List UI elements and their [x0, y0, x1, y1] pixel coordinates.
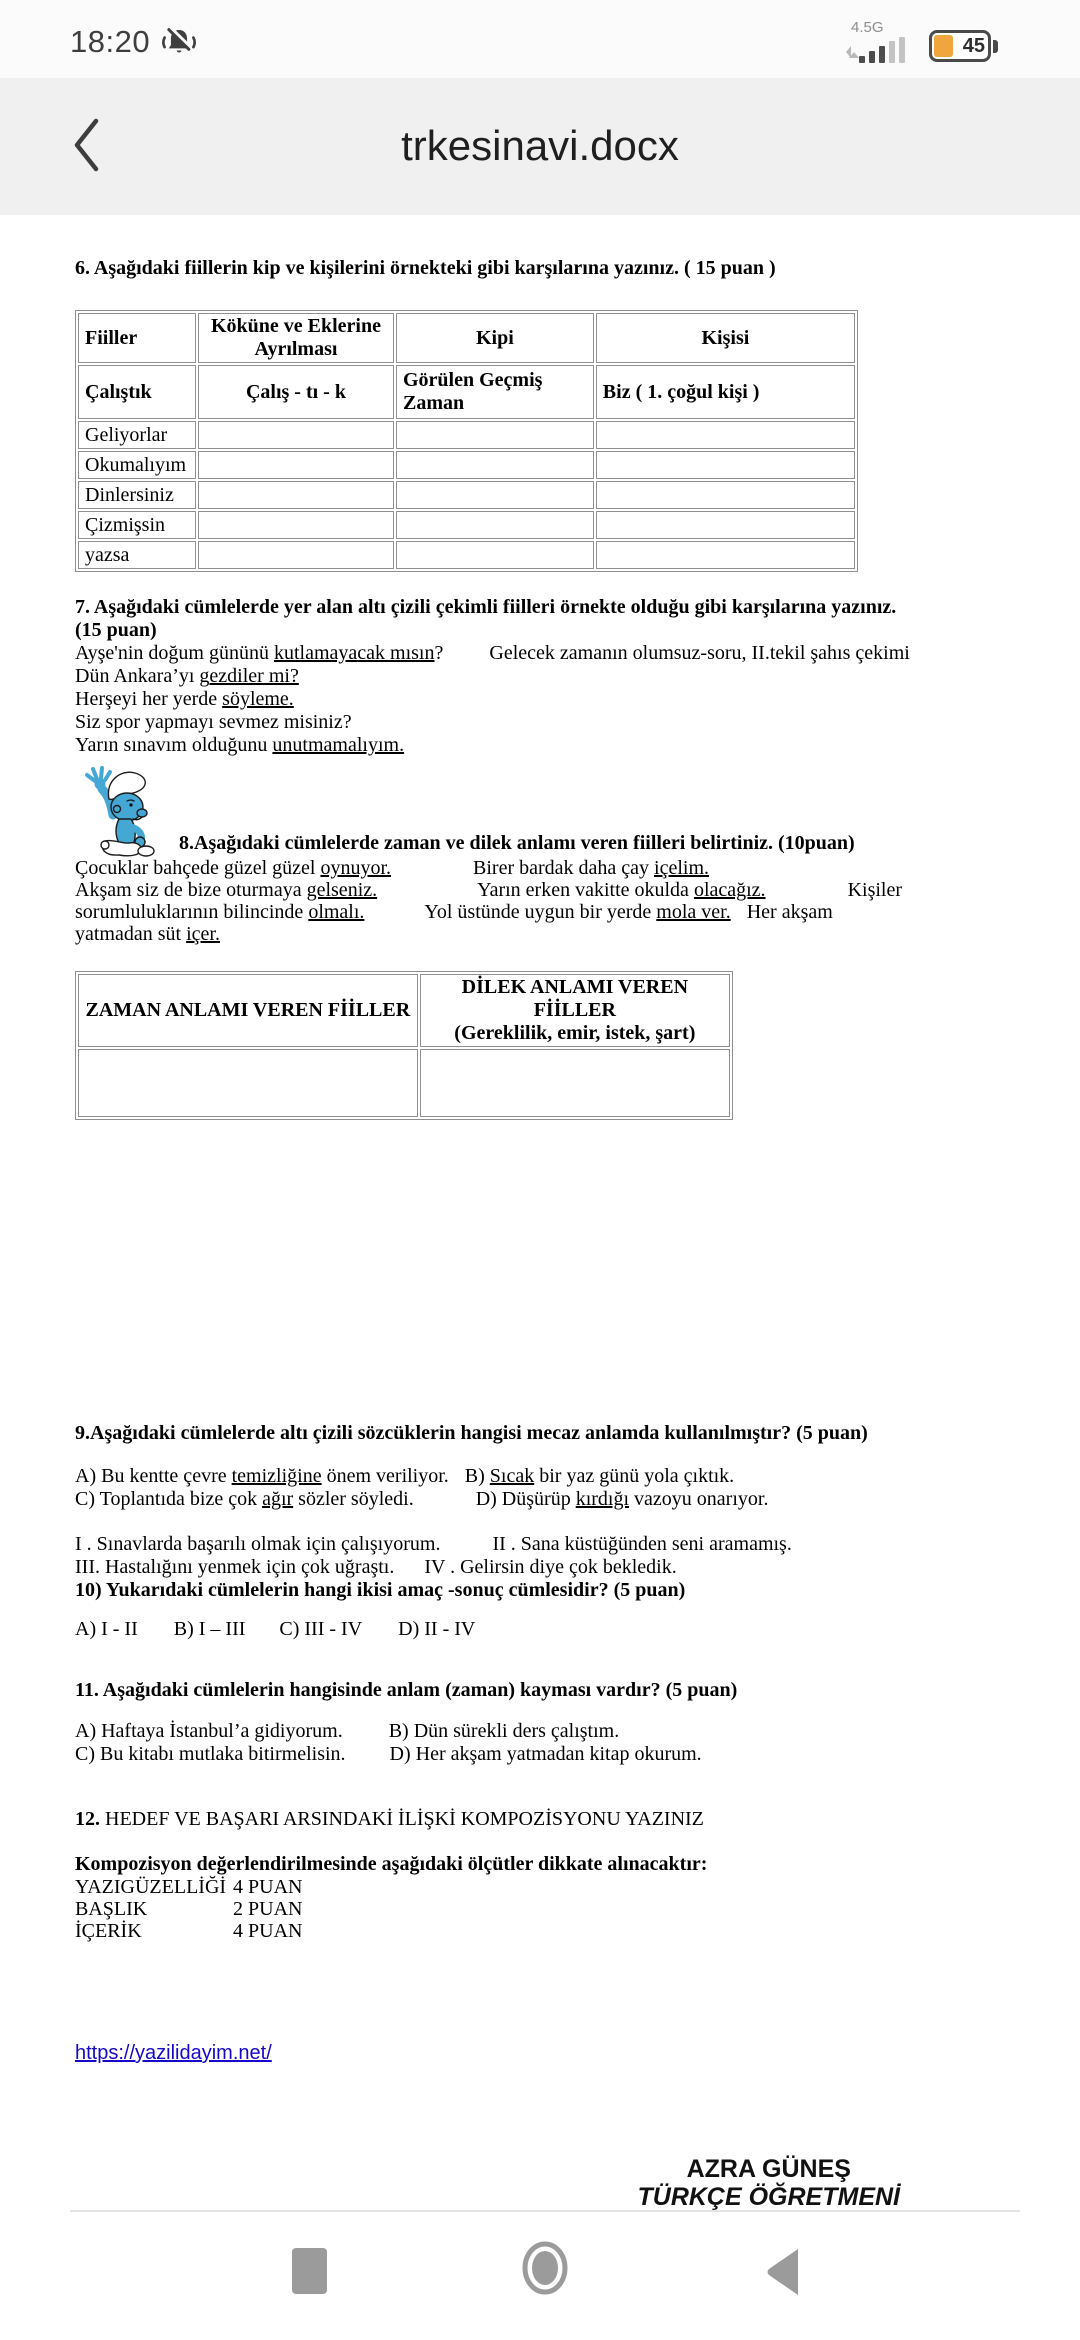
q12-number: 12. [75, 1808, 105, 1830]
smurf-clipart [75, 765, 167, 857]
footer-link-row: https://yazilidayim.net/ [75, 2042, 1005, 2065]
q7-heading: 7. Aşağıdaki cümlelerde yer alan altı çi… [75, 596, 1005, 619]
q8-table-header-row: ZAMAN ANLAMI VEREN FİİLLER DİLEK ANLAMI … [78, 974, 730, 1047]
q6-empty-cell [396, 421, 594, 449]
q8-answer-table: ZAMAN ANLAMI VEREN FİİLLER DİLEK ANLAMI … [75, 971, 733, 1120]
q8-sentence: Çocuklar bahçede güzel güzel oynuyor.Bir… [75, 857, 1005, 879]
q9-heading: 9.Aşağıdaki cümlelerde altı çizili sözcü… [75, 1422, 1005, 1445]
q7-sentence: Dün Ankara’yı gezdiler mi? [75, 665, 1005, 688]
criteria-label: İÇERİK [75, 1920, 233, 1942]
criteria-points: 2 PUAN [233, 1898, 302, 1920]
signal-strength-icon [843, 36, 915, 64]
q12-heading: 12. HEDEF VE BAŞARI ARSINDAKİ İLİŞKİ KOM… [75, 1808, 1005, 1831]
q6-empty-cell [596, 481, 855, 509]
q8-table-body-row [78, 1049, 730, 1117]
q6-example-kip: Görülen Geçmiş Zaman [396, 365, 594, 419]
notifications-muted-bell-icon [160, 22, 198, 62]
back-triangle-icon[interactable] [766, 2248, 798, 2296]
q6-table-header-row: Fiiller Köküne ve Eklerine Ayrılması Kip… [78, 313, 855, 363]
q8-empty-cell [78, 1049, 418, 1117]
q11-options-row: A) Haftaya İstanbul’a gidiyorum.B) Dün s… [75, 1720, 1005, 1743]
q10-intro-row: III. Hastalığını yenmek için çok uğraştı… [75, 1556, 1005, 1579]
q7-sentence: Herşeyi her yerde söyleme. [75, 688, 1005, 711]
android-nav-bar [0, 2210, 1080, 2340]
q6-empty-cell [396, 541, 594, 569]
blank-space [75, 1120, 1005, 1422]
q6-verb: Geliyorlar [78, 421, 196, 449]
q6-empty-cell [596, 421, 855, 449]
criteria-points: 4 PUAN [233, 1920, 302, 1942]
status-time: 18:20 [70, 24, 150, 60]
q12-title: HEDEF VE BAŞARI ARSINDAKİ İLİŞKİ KOMPOZİ… [105, 1808, 704, 1830]
q6-empty-cell [198, 451, 394, 479]
status-left-cluster: 18:20 [70, 22, 198, 62]
teacher-name: AZRA GÜNEŞ [638, 2155, 901, 2183]
q6-example-row: Çalıştık Çalış - tı - k Görülen Geçmiş Z… [78, 365, 855, 419]
q8-col-dilek: DİLEK ANLAMI VEREN FİİLLER (Gereklilik, … [420, 974, 730, 1047]
battery-cap [993, 40, 998, 53]
q6-verb: yazsa [78, 541, 196, 569]
home-circle-icon[interactable] [521, 2240, 569, 2296]
q6-col-kisisi: Kişisi [596, 313, 855, 363]
q6-col-fiiller: Fiiller [78, 313, 196, 363]
teacher-title: TÜRKÇE ÖĞRETMENİ [638, 2183, 901, 2210]
q6-example-kisi: Biz ( 1. çoğul kişi ) [596, 365, 855, 419]
q8-sentence: yatmadan süt içer. [75, 923, 1005, 945]
q11-heading: 11. Aşağıdaki cümlelerin hangisinde anla… [75, 1679, 1005, 1702]
q8-sentence: Akşam siz de bize oturmaya gelseniz.Yarı… [75, 879, 1005, 901]
criteria-points: 4 PUAN [233, 1876, 302, 1898]
q6-col-kipi: Kipi [396, 313, 594, 363]
q8-heading: 8.Aşağıdaki cümlelerde zaman ve dilek an… [179, 832, 855, 855]
q6-empty-cell [396, 481, 594, 509]
q6-empty-cell [596, 451, 855, 479]
criteria-heading: Kompozisyon değerlendirilmesinde aşağıda… [75, 1853, 1005, 1876]
recents-square-icon[interactable] [292, 2248, 327, 2294]
q6-empty-cell [396, 511, 594, 539]
q6-row-geliyorlar: Geliyorlar [78, 421, 855, 449]
q8-empty-cell [420, 1049, 730, 1117]
q6-table: Fiiller Köküne ve Eklerine Ayrılması Kip… [75, 310, 858, 572]
criteria-row: İÇERİK4 PUAN [75, 1920, 1005, 1942]
q8-col-dilek-line1: DİLEK ANLAMI VEREN FİİLLER [462, 976, 688, 1021]
yazilidayim-link[interactable]: https://yazilidayim.net/ [75, 2042, 272, 2064]
q10-heading: 10) Yukarıdaki cümlelerin hangi ikisi am… [75, 1579, 1005, 1602]
criteria-row: YAZIGÜZELLİĞİ4 PUAN [75, 1876, 1005, 1898]
q8-col-dilek-line2: (Gereklilik, emir, istek, şart) [454, 1022, 695, 1044]
q6-empty-cell [198, 541, 394, 569]
status-right-cluster: 4.5G 45 [843, 20, 998, 64]
q10-intro-row: I . Sınavlarda başarılı olmak için çalış… [75, 1533, 1005, 1556]
q6-col-kokune: Köküne ve Eklerine Ayrılması [198, 313, 394, 363]
app-header: trkesinavi.docx [0, 78, 1080, 215]
battery-percent: 45 [963, 35, 985, 57]
criteria-label: BAŞLIK [75, 1898, 233, 1920]
q8-col-zaman: ZAMAN ANLAMI VEREN FİİLLER [78, 974, 418, 1047]
criteria-label: YAZIGÜZELLİĞİ [75, 1876, 233, 1898]
q6-row-yazsa: yazsa [78, 541, 855, 569]
q6-row-dinlersiniz: Dinlersiniz [78, 481, 855, 509]
battery-body: 45 [929, 30, 991, 62]
q9-options-row: A) Bu kentte çevre temizliğine önem veri… [75, 1465, 1005, 1488]
q6-empty-cell [198, 481, 394, 509]
q6-empty-cell [596, 541, 855, 569]
q9-options-row: C) Toplantıda bize çok ağır sözler söyle… [75, 1488, 1005, 1511]
q8-sentence: sorumluluklarının bilincinde olmalı.Yol … [75, 901, 1005, 923]
document-title: trkesinavi.docx [0, 122, 1080, 170]
q6-row-okumaliyim: Okumalıyım [78, 451, 855, 479]
q7-points: (15 puan) [75, 619, 1005, 642]
q6-example-kok: Çalış - tı - k [198, 365, 394, 419]
mobile-network-indicator: 4.5G [843, 20, 915, 64]
q6-verb: Dinlersiniz [78, 481, 196, 509]
network-type-label: 4.5G [851, 20, 884, 35]
battery-fill-bar [934, 35, 953, 57]
q6-verb: Okumalıyım [78, 451, 196, 479]
q7-sentence: Yarın sınavım olduğunu unutmamalıyım. [75, 734, 1005, 757]
q6-empty-cell [396, 451, 594, 479]
q6-verb: Çizmişsin [78, 511, 196, 539]
battery-indicator: 45 [929, 30, 998, 62]
q11-options-row: C) Bu kitabı mutlaka bitirmelisin.D) Her… [75, 1743, 1005, 1766]
q6-empty-cell [596, 511, 855, 539]
document-scroll-area[interactable]: 6. Aşağıdaki fiillerin kip ve kişilerini… [0, 215, 1080, 2210]
signature-block: AZRA GÜNEŞ TÜRKÇE ÖĞRETMENİ [638, 2155, 901, 2210]
criteria-row: BAŞLIK2 PUAN [75, 1898, 1005, 1920]
q6-empty-cell [198, 511, 394, 539]
status-bar: 18:20 4.5G [0, 0, 1080, 78]
phone-screen: 18:20 4.5G [0, 0, 1080, 2340]
q6-heading: 6. Aşağıdaki fiillerin kip ve kişilerini… [75, 257, 1005, 280]
q7-sentence: Siz spor yapmayı sevmez misiniz? [75, 711, 1005, 734]
q10-options-row: A) I - IIB) I – IIIC) III - IVD) II - IV [75, 1618, 1005, 1641]
q6-empty-cell [198, 421, 394, 449]
q6-row-cizmissin: Çizmişsin [78, 511, 855, 539]
q7-sentence: Ayşe'nin doğum gününü kutlamayacak mısın… [75, 642, 1005, 665]
q6-example-fiil: Çalıştık [78, 365, 196, 419]
